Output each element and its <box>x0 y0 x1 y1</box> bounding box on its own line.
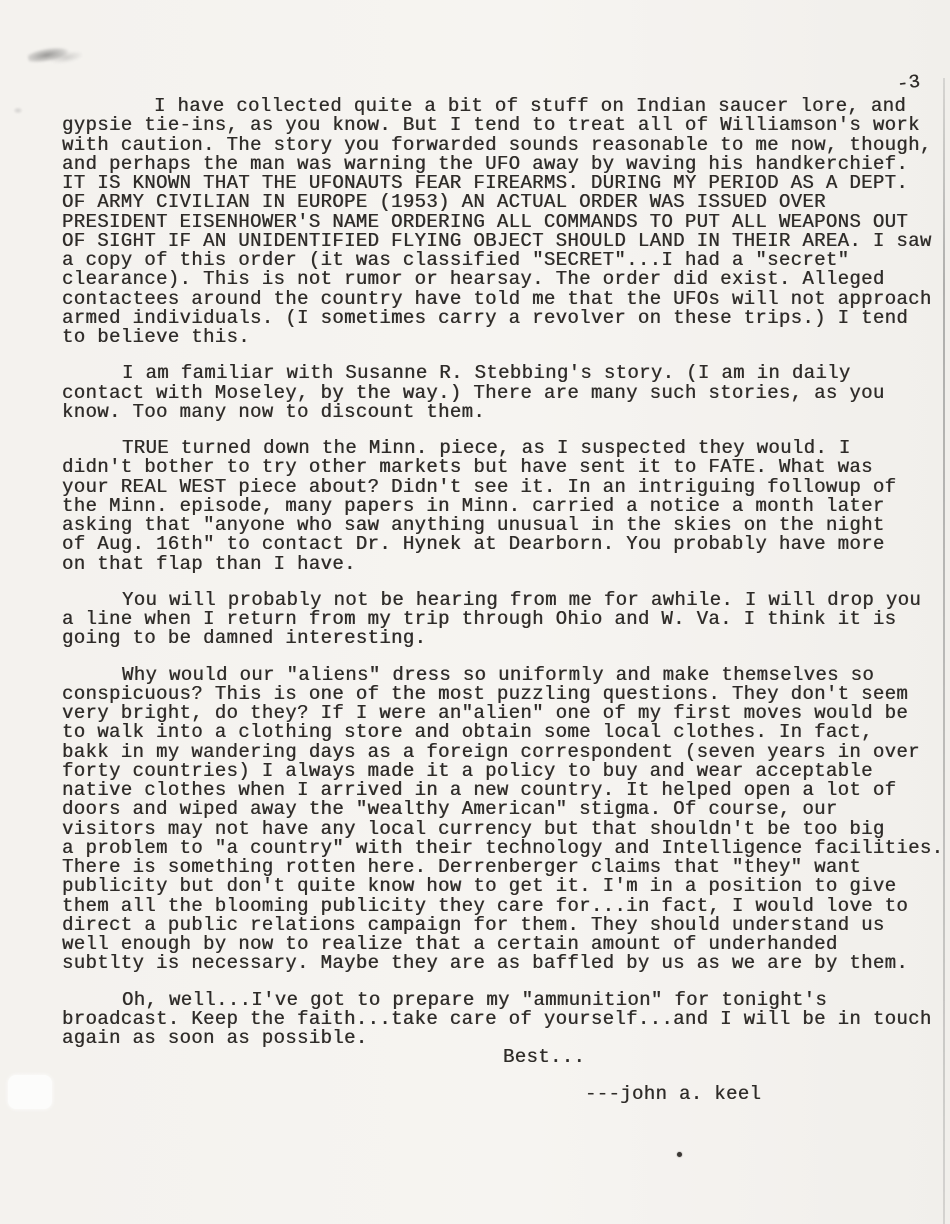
text-line: know. Too many now to discount them. <box>62 403 948 422</box>
text-line: visitors may not have any local currency… <box>62 820 948 839</box>
text-line: contact with Moseley, by the way.) There… <box>62 384 948 403</box>
whiteout-patch <box>8 1075 52 1109</box>
letter-body: I have collected quite a bit of stuff on… <box>62 97 948 1104</box>
text-line: to walk into a clothing store and obtain… <box>62 723 948 742</box>
paragraph: Oh, well...I've got to prepare my "ammun… <box>62 991 948 1049</box>
text-line: your REAL WEST piece about? Didn't see i… <box>62 478 948 497</box>
closing-line: Best... <box>503 1048 948 1067</box>
text-line: Oh, well...I've got to prepare my "ammun… <box>62 991 948 1010</box>
scanned-letter-page: -3 I have collected quite a bit of stuff… <box>0 0 950 1224</box>
signature-line: ---john a. keel <box>585 1085 948 1104</box>
text-line: Why would our "aliens" dress so uniforml… <box>62 666 948 685</box>
text-line: on that flap than I have. <box>62 555 948 574</box>
scan-speck <box>13 107 23 114</box>
paragraph: TRUE turned down the Minn. piece, as I s… <box>62 439 948 574</box>
text-line: clearance). This is not rumor or hearsay… <box>62 270 948 289</box>
text-line: bakk in my wandering days as a foreign c… <box>62 743 948 762</box>
text-line: to believe this. <box>62 328 948 347</box>
page-number: -3 <box>896 73 922 95</box>
text-line: subtlty is necessary. Maybe they are as … <box>62 954 948 973</box>
text-line: going to be damned interesting. <box>62 629 948 648</box>
text-line: gypsie tie-ins, as you know. But I tend … <box>62 116 948 135</box>
paragraph: You will probably not be hearing from me… <box>62 591 948 649</box>
text-line: contactees around the country have told … <box>62 290 948 309</box>
text-line: of Aug. 16th" to contact Dr. Hynek at De… <box>62 535 948 554</box>
text-line: them all the blooming publicity they car… <box>62 897 948 916</box>
text-line: PRESIDENT EISENHOWER'S NAME ORDERING ALL… <box>62 213 948 232</box>
text-line: I am familiar with Susanne R. Stebbing's… <box>62 364 948 383</box>
scan-edge-line <box>943 78 945 1224</box>
text-line: with caution. The story you forwarded so… <box>62 136 948 155</box>
pencil-smudge <box>27 41 83 69</box>
paragraphs-container: I have collected quite a bit of stuff on… <box>62 97 948 1048</box>
text-line: publicity but don't quite know how to ge… <box>62 877 948 896</box>
ink-dot <box>677 1152 682 1157</box>
text-line: OF ARMY CIVILIAN IN EUROPE (1953) AN ACT… <box>62 193 948 212</box>
paragraph: I have collected quite a bit of stuff on… <box>62 97 948 347</box>
paragraph: I am familiar with Susanne R. Stebbing's… <box>62 364 948 422</box>
paragraph: Why would our "aliens" dress so uniforml… <box>62 666 948 974</box>
text-line: doors and wiped away the "wealthy Americ… <box>62 800 948 819</box>
text-line: didn't bother to try other markets but h… <box>62 458 948 477</box>
